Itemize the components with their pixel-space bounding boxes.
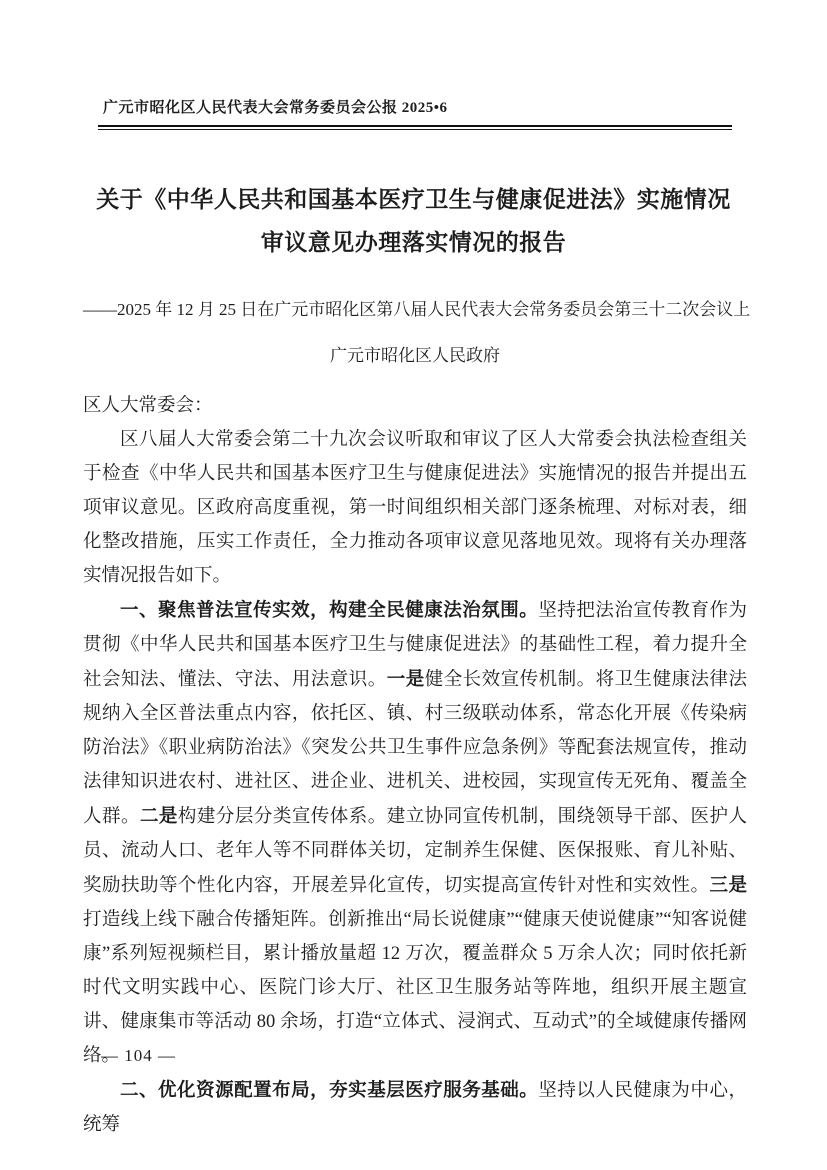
text-run: 打造线上线下融合传播矩阵。创新推出“局长说健康”“健康天使说健康”“知客说健康”… [83,910,747,1066]
subtitle-block: ——2025 年 12 月 25 日在广元市昭化区第八届人民代表大会常务委员会第… [83,287,747,379]
page-title-line1: 关于《中华人民共和国基本医疗卫生与健康促进法》实施情况 [96,187,731,212]
paragraph-section-2: 二、优化资源配置布局，夯实基层医疗服务基础。坚持以人民健康为中心，统筹 [83,1073,747,1142]
paragraph-section-1: 一、聚焦普法宣传实效，构建全民健康法治氛围。坚持把法治宣传教育作为贯彻《中华人民… [83,593,747,1073]
text-run: 健全长效宣传机制。将卫生健康法律法规纳入全区普法重点内容，依托区、镇、村三级联动… [83,670,747,827]
page-title: 关于《中华人民共和国基本医疗卫生与健康促进法》实施情况 审议意见办理落实情况的报… [0,178,827,264]
document-page: 广元市昭化区人民代表大会常务委员会公报 2025•6 关于《中华人民共和国基本医… [0,0,827,1170]
meeting-session-line: ——2025 年 12 月 25 日在广元市昭化区第八届人民代表大会常务委员会第… [83,287,747,333]
page-title-line2: 审议意见办理落实情况的报告 [261,230,567,255]
body-text: 区人大常委会： 区八届人大常委会第二十九次会议听取和审议了区人大常委会执法检查组… [83,389,747,1142]
paragraph-intro: 区八届人大常委会第二十九次会议听取和审议了区人大常委会执法检查组关于检查《中华人… [83,423,747,593]
section-2-heading-run: 二、优化资源配置布局，夯实基层医疗服务基础。 [120,1079,538,1100]
section-1-heading-run: 一、聚焦普法宣传实效，构建全民健康法治氛围。 [120,599,538,620]
salutation: 区人大常委会： [83,389,747,423]
text-run: 区人大常委会： [83,396,213,416]
text-run: 构建分层分类宣传体系。建立协同宣传机制，围绕领导干部、医护人员、流动人口、老年人… [83,807,747,896]
masthead-title: 广元市昭化区人民代表大会常务委员会公报 2025•6 [103,96,448,117]
item-2-lead-run: 二是 [140,805,178,826]
header-double-rule [98,125,732,130]
text-run: 区八届人大常委会第二十九次会议听取和审议了区人大常委会执法检查组关于检查《中华人… [83,430,747,586]
author-line: 广元市昭化区人民政府 [83,333,747,379]
item-3-lead-run: 三是 [710,874,748,895]
item-1-lead-run: 一是 [387,668,425,689]
page-number: — 104 — [101,1046,176,1066]
